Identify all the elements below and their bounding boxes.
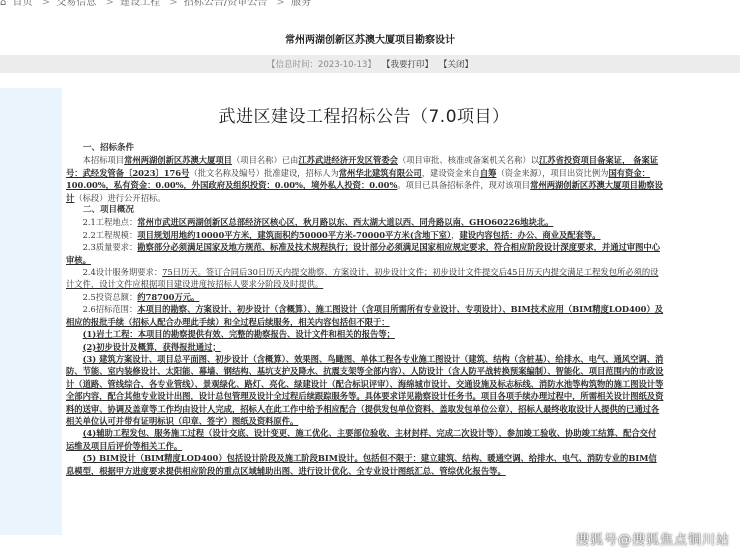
breadcrumb-separator: >: [42, 0, 50, 8]
print-button[interactable]: 【我要打印】: [382, 58, 433, 70]
document-title: 武进区建设工程招标公告（7.0项目）: [64, 102, 664, 127]
breadcrumb-separator: >: [106, 0, 114, 8]
breadcrumb-separator: >: [276, 0, 284, 8]
tender-scope: 2.6招标范围：本项目的勘察、方案设计、初步设计（含概算）、施工图设计（含项目所…: [66, 303, 664, 328]
scope-item-5: (5) BIM设计（BIM精度LOD400）包括设计阶段及施工阶段BIM设计。包…: [66, 452, 664, 477]
close-button[interactable]: 【关闭】: [439, 58, 473, 70]
section-heading-tender-conditions: 一、招标条件: [66, 142, 664, 154]
scope-item-2: (2)初步设计及概算，获得报批通过；: [66, 341, 664, 353]
breadcrumb-tender-notice[interactable]: 招标公告/资审公告: [184, 0, 267, 8]
info-time: 【信息时间：2023-10-13】: [267, 58, 376, 70]
section-heading-project-overview: 二、项目概况: [66, 204, 664, 216]
home-icon: ⌂: [0, 0, 6, 8]
quality-requirements: 2.3质量要求：勘察部分必须满足国家及地方规范、标准及技术规程执行；设计部分必须…: [66, 241, 664, 266]
breadcrumb-home[interactable]: 首页: [13, 0, 33, 8]
scope-item-4: (4)辅助工程发包、服务施工过程（设计交底、设计变更、施工优化、主要部位验收、主…: [66, 427, 664, 452]
document-body: 一、招标条件 本招标项目常州两湖创新区苏澳大厦项目（项目名称）已由江苏武进经济开…: [66, 142, 664, 477]
breadcrumb-service[interactable]: 服务: [291, 0, 311, 8]
service-period: 2.4设计服务期要求：75日历天。签订合同后30日历天内提交勘察、方案设计、初步…: [66, 266, 664, 291]
watermark: 搜狐号@搜狐焦点铜川站: [576, 529, 730, 548]
breadcrumb: ⌂ 首页 > 交易信息 > 建设工程 > 招标公告/资审公告 > 服务: [0, 0, 314, 7]
meta-bar: 【信息时间：2023-10-13】 【我要打印】 【关闭】: [0, 55, 740, 73]
breadcrumb-separator: >: [169, 0, 177, 8]
project-scale: 2.2工程规模：项目规划用地约10000平方米，建筑面积约50000平方米-70…: [66, 229, 664, 241]
breadcrumb-trade-info[interactable]: 交易信息: [56, 0, 96, 8]
scope-item-3: (3) 建筑方案设计、项目总平面图、初步设计（含概算）、效果图、鸟瞰图、单体工程…: [66, 353, 664, 427]
breadcrumb-construction[interactable]: 建设工程: [120, 0, 160, 8]
tender-conditions-paragraph: 本招标项目常州两湖创新区苏澳大厦项目（项目名称）已由江苏武进经济开发区管委会（项…: [66, 154, 664, 204]
project-location: 2.1工程地点：常州市武进区两湖创新区总部经济区核心区，秋月路以东、西太湖大道以…: [66, 216, 664, 228]
total-investment: 2.5投资总额：约78700万元。: [66, 291, 664, 303]
left-side-panel: [0, 88, 62, 535]
scope-item-1: (1)岩土工程：本项目的勘察提供有效、完整的勘察报告、设计文件和相关的报告等；: [66, 328, 664, 340]
page-title: 常州两湖创新区苏澳大厦项目勘察设计: [0, 31, 740, 46]
